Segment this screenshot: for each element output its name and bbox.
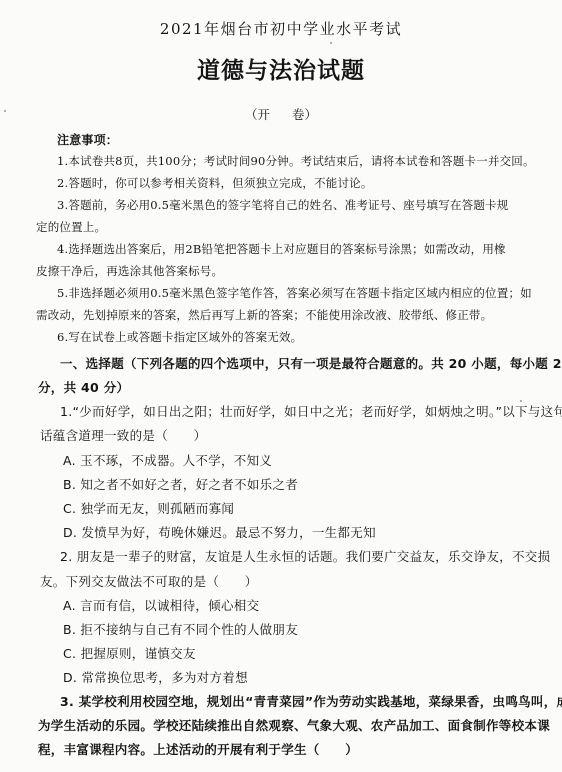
- question-1-option-b: B. 知之者不如好之者，好之者不如乐之者: [63, 475, 298, 493]
- question-3-stem-cont: 为学生活动的乐园。学校还陆续推出自然观察、气象大观、农产品加工、面食制作等校本课: [38, 716, 550, 734]
- notice-item-5-cont: 需改动，先划掉原来的答案，然后再写上新的答案；不能使用涂改液、胶带纸、修正带。: [36, 307, 492, 323]
- scan-speck: [4, 110, 6, 112]
- scan-speck: [330, 42, 332, 44]
- question-2-option-d: D. 常常换位思考，多为对方着想: [63, 668, 248, 686]
- paper-type-right: 卷）: [292, 107, 317, 122]
- subject-title: 道德与法治试题: [0, 52, 562, 85]
- question-1-stem: 1.“少而好学，如日出之阳；壮而好学，如日中之光；老而好学，如炳烛之明。”以下与…: [60, 402, 562, 420]
- notice-item-4: 4.选择题选出答案后，用2B铅笔把答题卡上对应题目的答案标号涂黑；如需改动，用橡: [57, 241, 506, 257]
- question-2-option-a: A. 言而有信，以诚相待，倾心相交: [63, 596, 259, 614]
- notice-item-3: 3.答题前，务必用0.5毫米黑色的签字笔将自己的姓名、准考证号、座号填写在答题卡…: [57, 197, 508, 213]
- question-3-stem-cont-2: 程，丰富课程内容。上述活动的开展有利于学生（ ）: [38, 740, 358, 758]
- notice-item-4-cont: 皮擦干净后，再选涂其他答案标号。: [36, 263, 223, 279]
- notice-item-5: 5.非选择题必须用0.5毫米黑色签字笔作答，答案必须写在答题卡指定区域内相应的位…: [57, 285, 532, 301]
- notice-item-1: 1.本试卷共8页，共100分；考试时间90分钟。考试结束后，请将本试卷和答题卡一…: [57, 153, 535, 169]
- section-heading: 一、选择题（下列各题的四个选项中，只有一项是最符合题意的。共 20 小题，每小题…: [60, 354, 562, 372]
- exam-title: 2021年烟台市初中学业水平考试: [0, 18, 562, 39]
- question-3-stem: 3. 某学校利用校园空地，规划出“青青菜园”作为劳动实践基地，菜绿果香，虫鸣鸟叫…: [60, 692, 562, 710]
- question-2-stem-cont: 友。下列交友做法不可取的是（ ）: [40, 572, 258, 590]
- paper-type-left: （开: [245, 107, 270, 122]
- question-1-option-a: A. 玉不琢，不成器。人不学，不知义: [63, 451, 272, 469]
- question-2-stem: 2. 朋友是一辈子的财富，友谊是人生永恒的话题。我们要广交益友，乐交诤友，不交损: [60, 547, 550, 565]
- question-1-option-c: C. 独学而无友，则孤陋而寡闻: [63, 499, 234, 517]
- question-1-stem-cont: 话蕴含道理一致的是（ ）: [40, 426, 206, 444]
- question-1-option-d: D. 发愤早为好，苟晚休嫌迟。最忌不努力，一生都无知: [63, 523, 376, 541]
- scan-speck: [520, 400, 522, 402]
- question-2-option-c: C. 把握原则，谨慎交友: [63, 644, 196, 662]
- section-heading-cont: 分，共 40 分）: [38, 378, 129, 396]
- question-2-option-b: B. 拒不接纳与自己有不同个性的人做朋友: [63, 620, 298, 638]
- notice-item-2: 2.答题时，你可以参考相关资料，但须独立完成，不能讨论。: [57, 175, 373, 191]
- notice-item-3-cont: 定的位置上。: [36, 219, 106, 235]
- paper-type: （开卷）: [0, 105, 562, 123]
- exam-page: 2021年烟台市初中学业水平考试 道德与法治试题 （开卷） 注意事项： 1.本试…: [0, 0, 562, 772]
- notice-title: 注意事项：: [57, 131, 118, 148]
- notice-item-6: 6.写在试卷上或答题卡指定区域外的答案无效。: [57, 329, 302, 345]
